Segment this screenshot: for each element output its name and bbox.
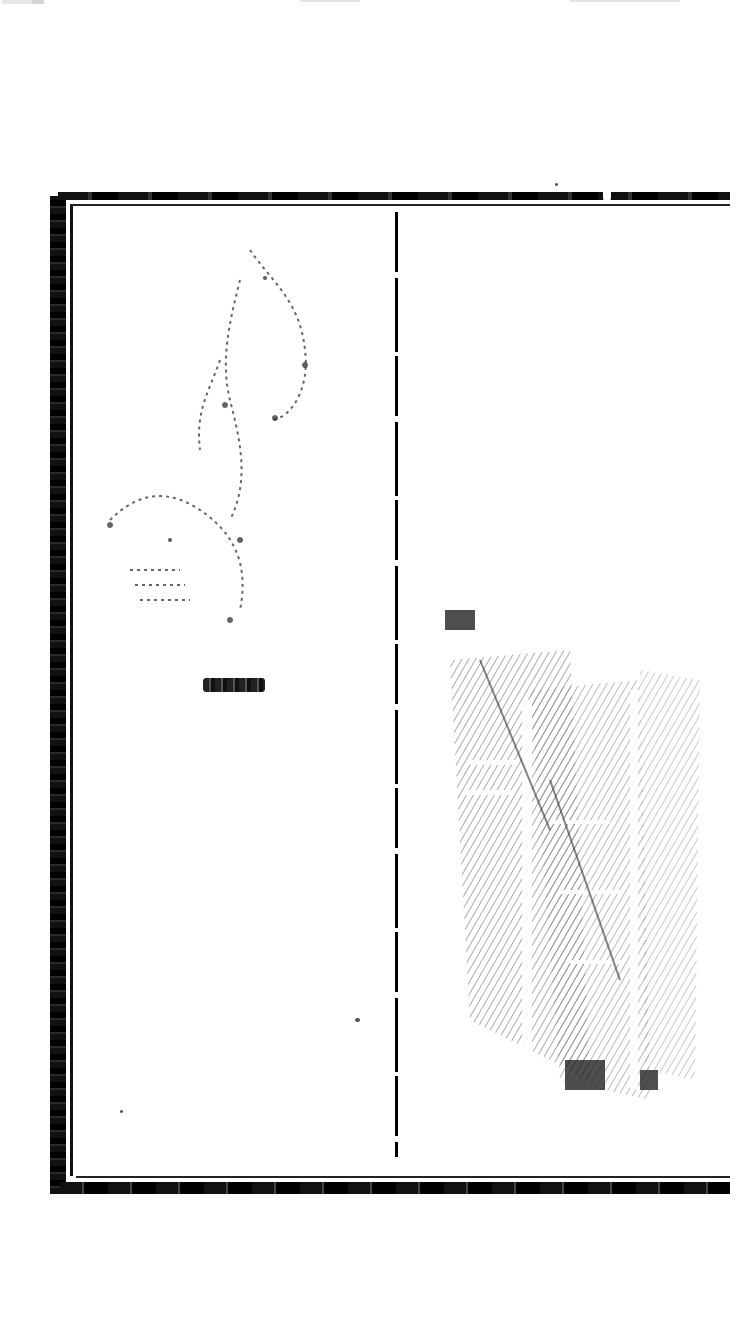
stray-speck bbox=[355, 1018, 360, 1022]
left-panel-illustration bbox=[100, 240, 330, 630]
frame-inner-top bbox=[70, 204, 730, 206]
frame-outer-top bbox=[58, 192, 730, 200]
frame-inner-bottom bbox=[76, 1176, 730, 1178]
top-edge-smudge bbox=[300, 0, 360, 2]
frame-inner-left bbox=[70, 206, 73, 1176]
top-edge-smudge bbox=[570, 0, 680, 2]
frame-outer-left bbox=[50, 196, 66, 1194]
ink-seal-mark bbox=[203, 678, 265, 692]
right-panel-illustration bbox=[440, 600, 710, 1120]
center-fold-divider bbox=[395, 212, 398, 1157]
frame-notch bbox=[603, 190, 611, 202]
frame-outer-bottom bbox=[60, 1182, 730, 1194]
stray-speck bbox=[555, 183, 558, 186]
stray-speck bbox=[120, 1110, 123, 1113]
scan-id-mark bbox=[2, 0, 44, 4]
